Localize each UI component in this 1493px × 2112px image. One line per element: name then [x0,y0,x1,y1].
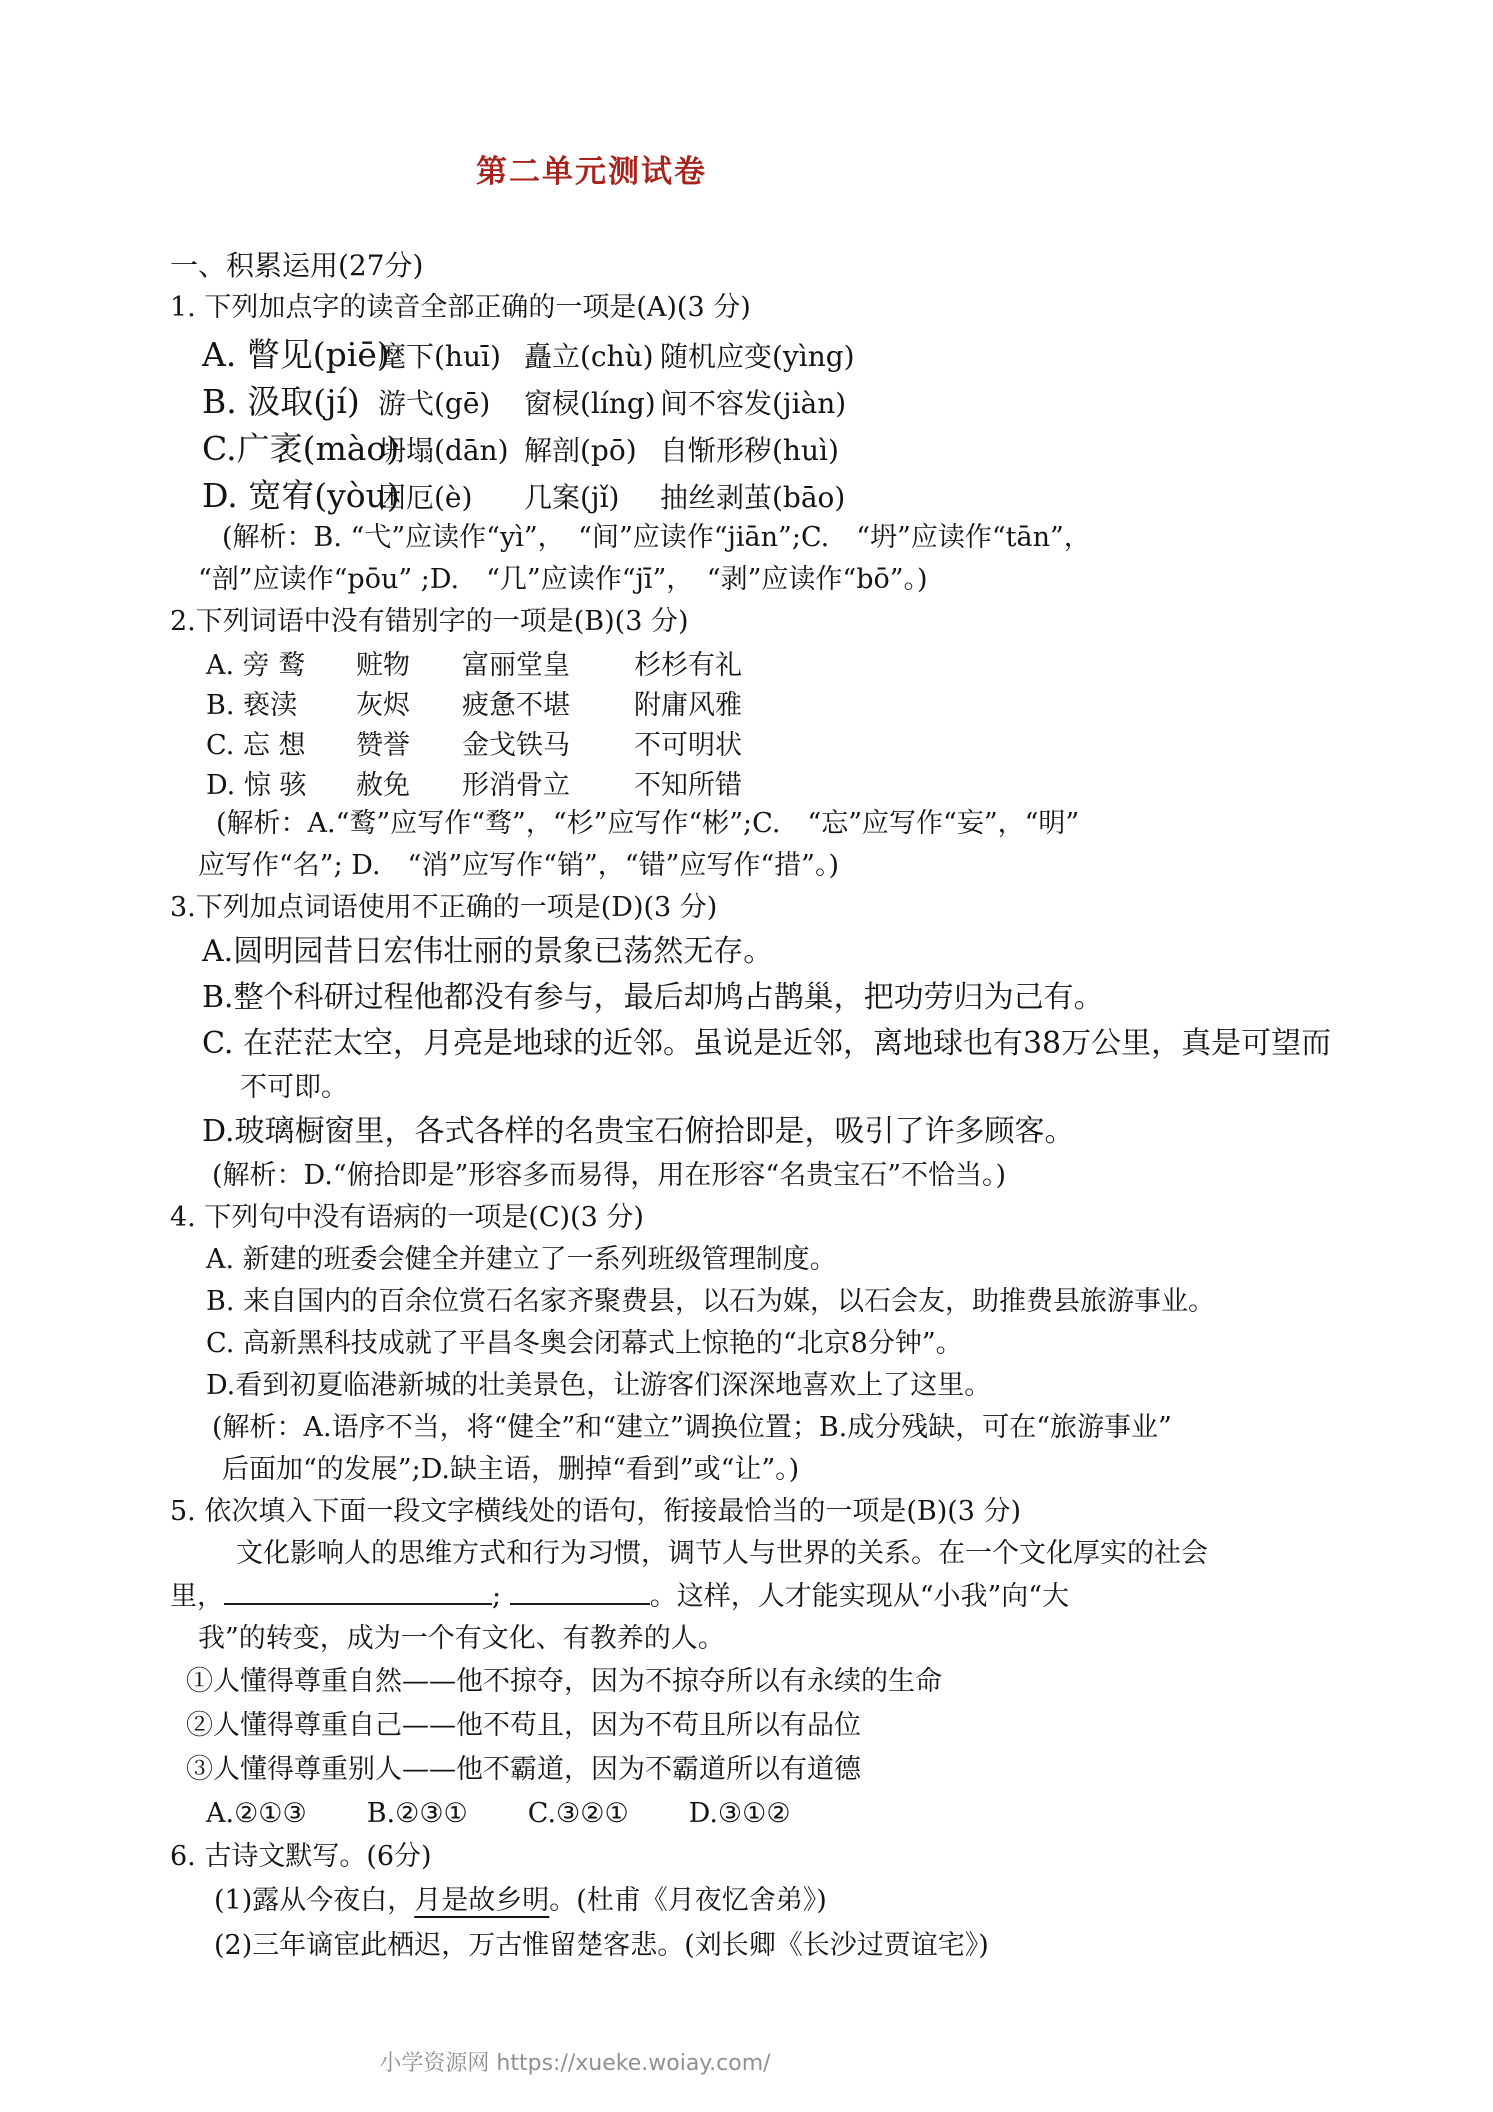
q1-term: 坍塌(dān) [378,429,524,469]
q2-word: 赦免 [356,763,462,802]
q2-analysis-line-1: (解析：A.“鹜”应写作“骛”，“杉”应写作“彬”;C. “忘”应写作“妄”，“… [216,803,1360,845]
q3-option-c-continuation: 不可即。 [240,1067,1360,1109]
page-title: 第二单元测试卷 [476,146,707,191]
q1-term: 游弋(gē) [378,382,524,422]
q5-numbered-item-3: ③人懂得尊重别人——他不霸道，因为不霸道所以有道德 [186,1748,1360,1792]
q3-option-d: D.玻璃橱窗里，各式各样的名贵宝石俯拾即是，吸引了许多顾客。 [202,1109,1360,1155]
q5-paragraph-line-1: 文化影响人的思维方式和行为习惯，调节人与世界的关系。在一个文化厚实的社会 [236,1533,1360,1575]
q2-word: 形消骨立 [462,763,634,802]
q1-term: 随机应变(yìng) [660,335,1360,375]
q5-line2-separator: ; [492,1581,501,1612]
q2-option-row-a: A. 旁 鹜 赃物 富丽堂皇 杉杉有礼 [206,643,1360,683]
q2-word: 杉杉有礼 [634,643,1360,682]
q4-option-a: A. 新建的班委会健全并建立了一系列班级管理制度。 [206,1239,1360,1281]
q2-word: 疲惫不堪 [462,683,634,722]
q1-term: 抽丝剥茧(bāo) [660,476,1360,516]
q4-option-d: D.看到初夏临港新城的壮美景色，让游客们深深地喜欢上了这里。 [206,1365,1360,1407]
q3-option-a: A.圆明园昔日宏伟壮丽的景象已荡然无存。 [202,929,1360,975]
q2-word: B. 亵渎 [206,683,356,722]
q4-option-b: B. 来自国内的百余位赏石名家齐聚费县，以石为媒，以石会友，助推费县旅游事业。 [206,1281,1360,1323]
q1-option-row-b: B. 汲取(jí) 游弋(gē) 窗棂(líng) 间不容发(jiàn) [202,376,1360,423]
q4-analysis-line-2: 后面加“的发展”;D.缺主语，删掉“看到”或“让”。) [222,1449,1360,1491]
section-heading: 一、积累运用(27分) [170,245,1360,287]
q5-choice-c: C.③②① [528,1792,629,1836]
q5-paragraph-line-3: 我”的转变，成为一个有文化、有教养的人。 [198,1618,1360,1660]
q6-item1-prefix: (1)露从今夜白， [214,1885,414,1916]
question-3-stem: 3.下列加点词语使用不正确的一项是(D)(3 分) [170,887,1360,929]
q1-term: 困厄(è) [378,476,524,516]
q6-item1-answer-underlined: 月是故乡明 [414,1885,549,1916]
q5-choice-b: B.②③① [367,1792,468,1836]
q2-word: 附庸风雅 [634,683,1360,722]
q1-analysis-line-1: (解析：B. “弋”应读作“yì”， “间”应读作“jiān”;C. “坍”应读… [222,517,1360,559]
q1-term: B. 汲取(jí) [202,376,378,423]
q1-term: 几案(jǐ) [524,476,660,516]
q2-word: A. 旁 鹜 [206,643,356,682]
q3-option-b: B.整个科研过程他都没有参与，最后却鸠占鹊巢，把功劳归为己有。 [202,975,1360,1021]
q1-option-row-c: C.广袤(mào) 坍塌(dān) 解剖(pō) 自惭形秽(huì) [202,423,1360,470]
q4-option-c: C. 高新黑科技成就了平昌冬奥会闭幕式上惊艳的“北京8分钟”。 [206,1323,1360,1365]
q1-term: C.广袤(mào) [202,423,378,470]
q2-analysis-line-2: 应写作“名”; D. “消”应写作“销”，“错”应写作“措”。) [198,845,1360,887]
q1-analysis-line-2: “剖”应读作“pōu” ;D. “几”应读作“jī”， “剥”应读作“bō”。) [198,559,1360,601]
question-2-stem: 2.下列词语中没有错别字的一项是(B)(3 分) [170,601,1360,643]
q4-analysis-line-1: (解析：A.语序不当，将“健全”和“建立”调换位置；B.成分残缺，可在“旅游事业… [212,1407,1360,1449]
q5-numbered-item-2: ②人懂得尊重自己——他不苟且，因为不苟且所以有品位 [186,1704,1360,1748]
blank-line-1 [224,1575,492,1605]
q1-term: 窗棂(líng) [524,382,660,422]
q2-word: 赃物 [356,643,462,682]
q5-line2-suffix: 。这样，人才能实现从“小我”向“大 [650,1581,1069,1612]
q5-answer-choices: A.②①③ B.②③① C.③②① D.③①② [206,1792,1360,1836]
q1-term: A. 瞥见(piē) [202,329,378,376]
question-6-stem: 6. 古诗文默写。(6分) [170,1836,1360,1878]
q1-term: 间不容发(jiàn) [660,382,1360,422]
q1-term: 麾下(huī) [378,335,524,375]
q1-term: 自惭形秽(huì) [660,429,1360,469]
q6-item1-suffix: 。(杜甫《月夜忆舍弟》) [549,1885,827,1916]
q2-option-row-c: C. 忘 想 赞誉 金戈铁马 不可明状 [206,723,1360,763]
q1-term: 解剖(pō) [524,429,660,469]
q2-word: 赞誉 [356,723,462,762]
q1-term: D. 宽宥(yòu) [202,470,378,517]
q5-line2-prefix: 里， [170,1581,224,1612]
q2-word: 富丽堂皇 [462,643,634,682]
q2-word: D. 惊 骇 [206,763,356,802]
source-watermark: 小学资源网 https://xueke.woiay.com/ [0,2046,1150,2077]
q2-word: 金戈铁马 [462,723,634,762]
q5-numbered-item-1: ①人懂得尊重自然——他不掠夺，因为不掠夺所以有永续的生命 [186,1660,1360,1704]
q3-option-c: C. 在茫茫太空，月亮是地球的近邻。虽说是近邻，离地球也有38万公里，真是可望而 [202,1021,1360,1067]
q2-option-row-d: D. 惊 骇 赦免 形消骨立 不知所错 [206,763,1360,803]
q2-word: 灰烬 [356,683,462,722]
q2-option-row-b: B. 亵渎 灰烬 疲惫不堪 附庸风雅 [206,683,1360,723]
question-5-stem: 5. 依次填入下面一段文字横线处的语句，衔接最恰当的一项是(B)(3 分) [170,1491,1360,1533]
q3-analysis: (解析：D.“俯拾即是”形容多而易得，用在形容“名贵宝石”不恰当。) [212,1155,1360,1197]
q2-word: 不可明状 [634,723,1360,762]
question-1-stem: 1. 下列加点字的读音全部正确的一项是(A)(3 分) [170,287,1360,329]
q5-choice-a: A.②①③ [206,1792,307,1836]
blank-line-2 [510,1575,650,1605]
q1-option-row-a: A. 瞥见(piē) 麾下(huī) 矗立(chù) 随机应变(yìng) [202,329,1360,376]
test-paper-page: 第二单元测试卷 一、积累运用(27分) 1. 下列加点字的读音全部正确的一项是(… [170,146,1360,1968]
q5-paragraph-line-2: 里，; 。这样，人才能实现从“小我”向“大 [170,1575,1360,1618]
q1-option-row-d: D. 宽宥(yòu) 困厄(è) 几案(jǐ) 抽丝剥茧(bāo) [202,470,1360,517]
q1-term: 矗立(chù) [524,335,660,375]
q6-item-1: (1)露从今夜白，月是故乡明。(杜甫《月夜忆舍弟》) [214,1878,1360,1923]
q2-word: C. 忘 想 [206,723,356,762]
question-4-stem: 4. 下列句中没有语病的一项是(C)(3 分) [170,1197,1360,1239]
q6-item-2: (2)三年谪宦此栖迟，万古惟留楚客悲。(刘长卿《长沙过贾谊宅》) [214,1923,1360,1968]
q5-choice-d: D.③①② [689,1792,791,1836]
q2-word: 不知所错 [634,763,1360,802]
